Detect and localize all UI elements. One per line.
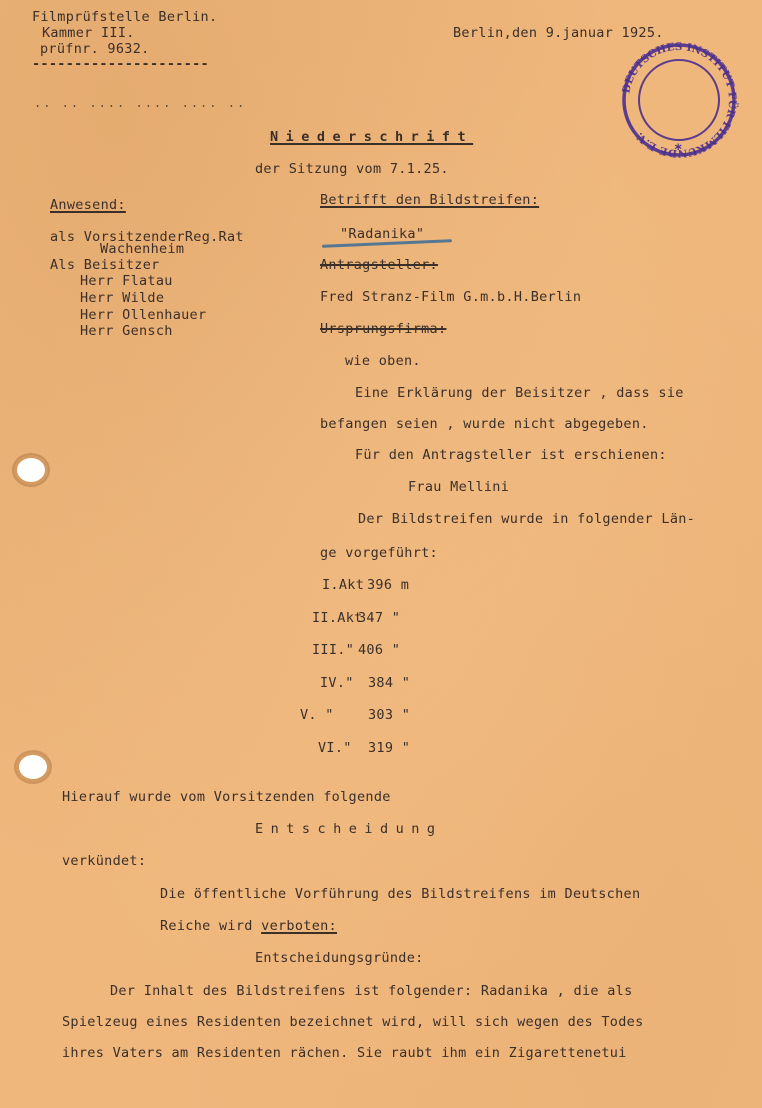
reel-act: II.Akt <box>312 611 363 626</box>
declaration-line1: Eine Erklärung der Beisitzer , dass sie <box>355 386 684 401</box>
reel-length: 347 " <box>358 611 400 626</box>
assessor: Herr Ollenhauer <box>80 308 206 323</box>
applicant-name: Fred Stranz-Film G.m.b.H.Berlin <box>320 290 581 305</box>
punch-hole <box>19 755 47 779</box>
ruling-line1: Die öffentliche Vorführung des Bildstrei… <box>160 887 640 902</box>
reasons-line3: ihres Vaters am Residenten rächen. Sie r… <box>62 1046 627 1061</box>
office-name: Filmprüfstelle Berlin. <box>32 10 217 25</box>
ruling-verdict: verboten: <box>261 918 337 934</box>
assessor: Herr Gensch <box>80 324 173 339</box>
exam-number: prüfnr. 9632. <box>40 42 150 57</box>
session-date: der Sitzung vom 7.1.25. <box>255 162 449 177</box>
header-separator: --------------------- <box>32 57 209 72</box>
representative-name: Frau Mellini <box>408 480 509 495</box>
reel-act: I.Akt <box>322 578 364 593</box>
date-line: Berlin,den 9.januar 1925. <box>453 26 664 41</box>
chair-name: Wachenheim <box>100 242 184 257</box>
reel-length: 319 " <box>368 741 410 756</box>
subject-label: Betrifft den Bildstreifen: <box>320 193 539 208</box>
reel-act: IV." <box>320 676 354 691</box>
reasons-line2: Spielzeug eines Residenten bezeichnet wi… <box>62 1015 644 1030</box>
institute-stamp: DEUTSCHES INSTITUT FÜR FILMKUNDE E.V. * <box>612 42 747 160</box>
assessors-label: Als Beisitzer <box>50 258 160 273</box>
assessor: Herr Flatau <box>80 274 173 289</box>
document-title: Niederschrift <box>270 130 473 145</box>
reel-length: 303 " <box>368 708 410 723</box>
announced: verkündet: <box>62 854 146 869</box>
attendees-label: Anwesend: <box>50 198 126 213</box>
declaration-line2: befangen seien , wurde nicht abgegeben. <box>320 417 649 432</box>
appearance-line: Für den Antragsteller ist erschienen: <box>355 448 667 463</box>
ruling-line2: Reiche wird verboten: <box>160 919 337 934</box>
reel-length: 406 " <box>358 643 400 658</box>
reasons-line1: Der Inhalt des Bildstreifens ist folgend… <box>110 984 633 999</box>
decision-intro: Hierauf wurde vom Vorsitzenden folgende <box>62 790 391 805</box>
svg-text:*: * <box>674 142 682 158</box>
origin-value: wie oben. <box>345 354 421 369</box>
assessor: Herr Wilde <box>80 291 164 306</box>
decision-heading: Entscheidung <box>255 822 443 837</box>
punch-hole <box>17 458 45 482</box>
reel-length: 384 " <box>368 676 410 691</box>
dotted-line: .. .. .... .... .... .. <box>34 96 246 110</box>
reel-length: 396 m <box>367 578 409 593</box>
origin-label: Ursprungsfirma: <box>320 322 446 337</box>
screening-line1: Der Bildstreifen wurde in folgender Län- <box>358 512 695 527</box>
applicant-label: Antragsteller: <box>320 258 438 273</box>
chamber: Kammer III. <box>42 26 135 41</box>
reel-act: V. " <box>300 708 334 723</box>
reel-act: VI." <box>318 741 352 756</box>
reel-act: III." <box>312 643 354 658</box>
reasons-heading: Entscheidungsgründe: <box>255 951 424 966</box>
film-title: "Radanika" <box>340 227 424 242</box>
screening-line2: ge vorgeführt: <box>320 546 438 561</box>
